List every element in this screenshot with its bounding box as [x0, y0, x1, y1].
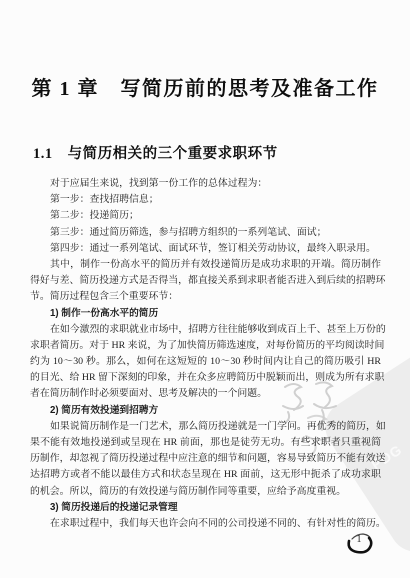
body-text: 对于应届生来说，找到第一份工作的总体过程为：第一步：查找招聘信息；第二步：投递简… [30, 176, 381, 532]
subhead-line: 3) 简历投递后的投递记录管理 [30, 500, 381, 516]
text-line: 得好与差、简历投递方式是否得当，都直接关系到求职者能否进入到后续的招聘环 [30, 273, 381, 289]
text-line: 者在简历制作时必须要面对、思考及解决的一个问题。 [30, 386, 381, 402]
text-line: 达招聘方或者不能以最佳方式和状态呈现在 HR 面前，这无形中扼杀了成功求职 [30, 467, 381, 483]
text-line: 第一步：查找招聘信息； [30, 192, 381, 208]
text-line: 第二步：投递简历； [30, 208, 381, 224]
subhead-line: 1) 制作一份高水平的简历 [30, 306, 381, 322]
text-line: 的机会。所以，简历的有效投递与简历制作同等重要，应给予高度重视。 [30, 484, 381, 500]
text-line: 在求职过程中，我们每天也许会向不同的公司投递不同的、有针对性的简历。 [30, 516, 381, 532]
book-page: PDG 第 1 章 写简历前的思考及准备工作 1.1 与简历相关的三个重要求职环… [0, 0, 410, 578]
page-number: 1 [344, 532, 376, 556]
chapter-title: 第 1 章 写简历前的思考及准备工作 [0, 72, 410, 101]
text-line: 求职者简历。对于 HR 来说，为了加快简历筛选速度，对每份简历的平均阅读时间 [30, 338, 381, 354]
text-line: 节。简历过程包含三个重要环节： [30, 289, 381, 305]
text-line: 的目光、给 HR 留下深刻的印象，并在众多应聘简历中脱颖而出，则成为所有求职 [30, 370, 381, 386]
text-line: 对于应届生来说，找到第一份工作的总体过程为： [30, 176, 381, 192]
section-heading: 1.1 与简历相关的三个重要求职环节 [33, 142, 278, 163]
subhead-line: 2) 简历有效投递到招聘方 [30, 403, 381, 419]
text-line: 果不能有效地投递到或呈现在 HR 前面，那也是徒劳无功。有些求职者只重视简 [30, 435, 381, 451]
text-line: 第四步：通过一系列笔试、面试环节，签订相关劳动协议，最终入职录用。 [30, 241, 381, 257]
text-line: 约为 10～30 秒。那么，如何在这短短的 10～30 秒时间内让自己的简历吸引… [30, 354, 381, 370]
text-line: 如果说简历制作是一门艺术，那么简历投递就是一门学问。再优秀的简历，如 [30, 419, 381, 435]
page-number-value: 1 [344, 534, 374, 545]
text-line: 历制作，却忽视了简历投递过程中应注意的细节和问题，容易导致简历不能有效送 [30, 451, 381, 467]
text-line: 其中，制作一份高水平的简历并有效投递简历是成功求职的开端。简历制作 [30, 257, 381, 273]
text-line: 在如今激烈的求职就业市场中，招聘方往往能够收到成百上千、甚至上万份的 [30, 322, 381, 338]
text-line: 第三步：通过简历筛选，参与招聘方组织的一系列笔试、面试； [30, 225, 381, 241]
